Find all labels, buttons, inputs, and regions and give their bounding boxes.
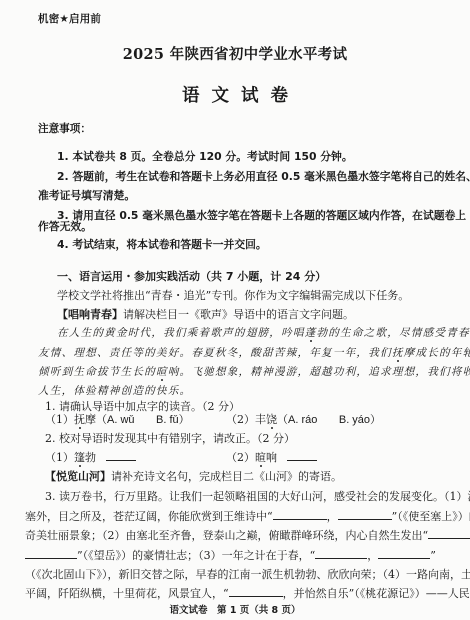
answer-blank[interactable] (273, 508, 327, 520)
notice-heading: 注意事项： (38, 121, 91, 136)
column2-instruction: 请补充诗文名句，完成栏目二《山河》的寄语。 (111, 470, 342, 483)
answer-blank[interactable] (378, 547, 430, 559)
section-heading: 一、语言运用・参加实践活动（共 7 小题，计 24 分） (57, 268, 326, 284)
column2-line: 【悦览山河】请补充诗文名句，完成栏目二《山河》的寄语。 (45, 468, 342, 484)
q3-line-3: 奇美壮丽景象；（2）由塞北至齐鲁，登泰山之巅，俯瞰群峰环绕，内心自然生发出“， (25, 527, 470, 543)
answer-blank[interactable] (25, 547, 77, 559)
notice-item-2: 2. 答题前，考生在试卷和答题卡上务必用直径 0.5 毫米黑色墨水签字笔将自己的… (57, 169, 470, 184)
answer-blank[interactable] (338, 508, 392, 520)
choice-a: （A. wǔ (96, 414, 135, 426)
q3-line-5: （《次北固山下》），新旧交替之际，早春的江南一派生机勃勃、欣欣向荣；（4）一路向… (25, 566, 470, 582)
answer-blank[interactable] (229, 585, 283, 597)
exam-page: 机密★启用前 2025 年陕西省初中学业水平考试 语文试卷 注意事项： 1. 本… (0, 0, 470, 620)
choice-b: B. yáo） (339, 414, 381, 426)
column2-tag: 【悦览山河】 (45, 470, 111, 483)
exam-title: 2025 年陕西省初中学业水平考试 (0, 43, 470, 64)
choice-a: （A. ráo (277, 414, 317, 426)
q2-item-1: （1）篷勃 (45, 449, 136, 465)
dotted-char: 蓬 (305, 327, 317, 339)
notice-item-1: 1. 本试卷共 8 页。全卷总分 120 分。考试时间 150 分钟。 (57, 149, 353, 164)
answer-blank[interactable] (287, 449, 317, 461)
page-footer: 语文试卷 第 1 页（共 8 页） (0, 602, 470, 616)
q2-stem: 2. 校对导语时发现其中有错别字，请改正。（2 分） (45, 430, 295, 446)
q1-option-2: （2）丰饶（A. ráo B. yáo） (226, 411, 381, 427)
q1-option-1: （1）抚摩（A. wǔ B. fǔ） (45, 411, 190, 427)
choice-b: B. fǔ） (156, 414, 190, 426)
column1-line: 【唱响青春】请解决栏目一《歌声》导语中的语言文字问题。 (57, 306, 354, 322)
passage-line-1: 在人生的黄金时代，我们乘着歌声的翅膀，吟唱蓬勃的生命之歌，尽情感受青春、自由、 (57, 325, 470, 340)
subject-title: 语文试卷 (0, 82, 470, 107)
column1-instruction: 请解决栏目一《歌声》导语中的语言文字问题。 (123, 308, 354, 321)
q3-line-2: 塞外，目之所及，苍茫辽阔，你能欣赏到王维诗中“，”（《使至塞上》）的 (25, 508, 470, 524)
answer-blank[interactable] (315, 547, 367, 559)
answer-blank[interactable] (106, 449, 136, 461)
section-intro: 学校文学社将推出“青春・追光”专刊。你作为文字编辑需完成以下任务。 (57, 287, 409, 303)
passage-line-3: 倾听到生命拔节生长的暄响。飞驰想象，精神漫游，超越功利，追求理想，我们将收获丰饶… (38, 364, 470, 379)
q3-line-6: 平阔，阡陌纵横，十里荷花，风景宜人，“，并怡然自乐”（《桃花源记》）——人民 (25, 585, 470, 601)
notice-item-2-cont: 准考证号填写清楚。 (38, 188, 135, 203)
notice-item-3: 3. 请用直径 0.5 毫米黑色墨水签字笔在答题卡上各题的答题区域内作答，在试题… (57, 208, 466, 223)
dotted-char: 抚 (392, 347, 404, 359)
passage-line-4: 人生，体验精神创造的快乐。 (38, 383, 191, 398)
answer-blank[interactable] (428, 527, 470, 539)
q3-line-4: ”（《望岳》）的豪情壮志；（3）一年之计在于春，“，” (25, 547, 436, 563)
q2-item-2: （2）暄响 (226, 449, 317, 465)
confidential-label: 机密★启用前 (38, 11, 101, 26)
passage-line-2: 友情、理想、责任等的美好。春夏秋冬，酸甜苦辣，年复一年，我们抚摩成长的年轮，仿佛… (38, 345, 470, 360)
notice-item-3-cont: 作答无效。 (38, 219, 92, 234)
notice-item-4: 4. 考试结束，将本试卷和答题卡一并交回。 (57, 237, 267, 252)
column1-tag: 【唱响青春】 (57, 308, 123, 321)
dotted-char: 暄 (156, 366, 168, 378)
q3-line-1: 3. 读万卷书，行万里路。让我们一起领略祖国的大好山河，感受社会的发展变化。（1… (45, 488, 470, 504)
